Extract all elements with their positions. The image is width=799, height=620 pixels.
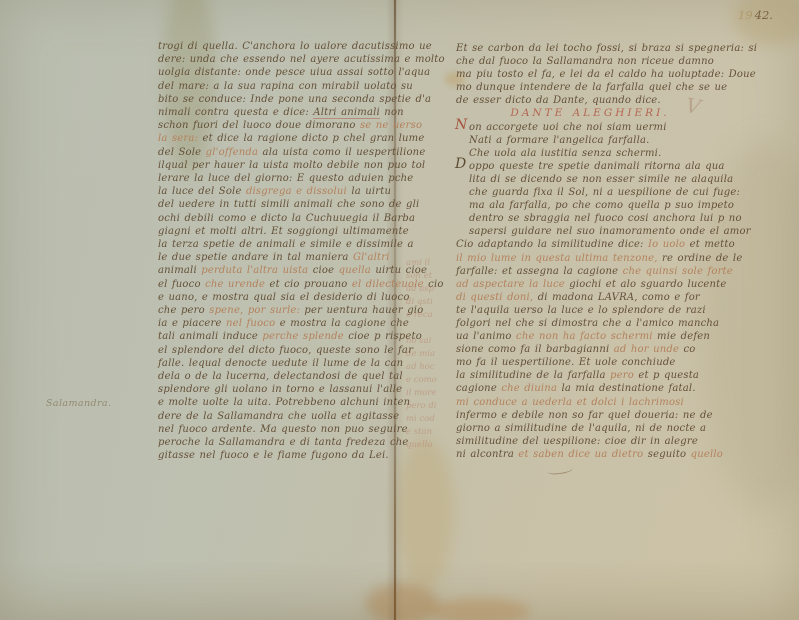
- text-line: del uedere in tutti simili animali che s…: [158, 198, 400, 211]
- text-segment: ia e piacere: [158, 318, 226, 329]
- text-line: el splendore del dicto fuoco, queste son…: [158, 344, 400, 357]
- text-line: de esser dicto da Dante, quando dice.: [456, 94, 724, 107]
- text-segment: di madona LAVRA, como e for: [533, 292, 700, 303]
- text-line: di questi doni, di madona LAVRA, como e …: [456, 291, 724, 304]
- text-segment: animali: [158, 265, 201, 276]
- text-line: ilqual per hauer la uista molto debile n…: [158, 159, 400, 172]
- text-segment: dentro se sbraggia nel fuoco cosi anchor…: [469, 213, 742, 224]
- text-segment: mo dunque intendere de la farfalla quel …: [456, 82, 727, 93]
- text-line: Nati a formare l'angelica farfalla.: [456, 134, 724, 147]
- text-segment: ilqual per hauer la uista molto debile n…: [158, 160, 425, 171]
- text-line: el fuoco che urende et cio prouano el di…: [158, 278, 400, 291]
- text-segment: e molte uolte la uita. Potrebbeno alchun…: [158, 397, 410, 408]
- text-segment: giochi et alo sguardo lucente: [565, 279, 727, 290]
- text-segment: spene, por surle:: [209, 305, 300, 316]
- text-segment: e uano, e mostra qual sia el desiderio d…: [158, 292, 410, 303]
- text-segment: la sera:: [158, 133, 198, 144]
- folio-number-area: 1942.: [738, 8, 773, 22]
- commentary-block: D oppo queste tre spetie danimali ritorn…: [456, 160, 724, 461]
- text-segment: che non ha facto schermi: [516, 331, 653, 342]
- red-marginal-gloss: no sai: [406, 336, 431, 346]
- folio-number: 42.: [755, 8, 773, 22]
- text-segment: gitasse nel fuoco e le fiame fugono da L…: [158, 450, 389, 461]
- text-segment: ma ala farfalla, po che como quella p su…: [469, 200, 734, 211]
- text-segment: dere: unda che essendo nel ayere acutiss…: [158, 54, 445, 65]
- text-line: dela o de la lucerna, delectandosi de qu…: [158, 370, 400, 383]
- text-segment: per uentura hauer gio: [300, 305, 423, 316]
- text-segment: pero: [610, 370, 634, 381]
- text-line: on accorgete uoi che noi siam uermi: [456, 121, 724, 134]
- text-segment: peroche la Sallamandra e di tanta fredez…: [158, 437, 409, 448]
- text-line: tali animali induce perche splende cioe …: [158, 330, 400, 343]
- text-segment: sione como fa il barbagianni: [456, 344, 614, 355]
- text-line: ia e piacere nel fuoco e mostra la cagio…: [158, 317, 400, 330]
- red-marginal-gloss: il more: [406, 388, 436, 398]
- text-segment: gl'offenda: [206, 147, 259, 158]
- text-segment: perche splende: [262, 331, 343, 342]
- margin-note-salamandra: Salamandra.: [46, 398, 111, 409]
- text-segment: nimali contra questa e dice:: [158, 107, 313, 118]
- text-line: le due spetie andare in tal maniera Gl'a…: [158, 251, 400, 264]
- text-line: giorno a similitudine de l'aquila, ni de…: [456, 422, 724, 435]
- text-segment: giorno a similitudine de l'aquila, ni de…: [456, 423, 706, 434]
- text-segment: lita di se dicendo se non esser simile n…: [469, 174, 733, 185]
- text-segment: schon fuori del luoco doue dimorano: [158, 120, 360, 131]
- text-segment: del uedere in tutti simili animali che s…: [158, 199, 419, 210]
- text-segment: el splendore del dicto fuoco, queste son…: [158, 345, 413, 356]
- text-segment: Che uola ala iustitia senza schermi.: [469, 148, 661, 159]
- red-marginal-gloss: quello: [406, 440, 433, 450]
- text-segment: dere de la Sallamandra che uolla et agit…: [158, 411, 399, 422]
- parchment-stain: [366, 583, 438, 620]
- text-segment: et dice la ragione dicto p chel gran lum…: [198, 133, 424, 144]
- text-segment: oppo queste tre spetie danimali ritorna …: [469, 161, 725, 172]
- text-line: giagni et molti altri. Et soggiongi ulti…: [158, 225, 400, 238]
- text-segment: ala uista como il uespertilione: [258, 147, 425, 158]
- text-segment: uolgia distante: onde pesce uiua assai s…: [158, 67, 430, 78]
- text-line: farfalle: et assegna la cagione che quin…: [456, 265, 724, 278]
- text-line: dere de la Sallamandra che uolla et agit…: [158, 410, 400, 423]
- text-line: ua l'animo che non ha facto schermi mie …: [456, 330, 724, 343]
- pen-flourish: [547, 464, 574, 476]
- right-page-intro-lines: Et se carbon da lei tocho fossi, si braz…: [456, 42, 724, 107]
- text-line: mo fa il uespertilione. Et uole conchiud…: [456, 356, 724, 369]
- text-segment: Nati a formare l'angelica farfalla.: [469, 135, 650, 146]
- text-line: falle. lequal denocte uedute il lume de …: [158, 357, 400, 370]
- red-marginal-gloss: ad hoc: [406, 362, 435, 372]
- text-line: ma ala farfalla, po che como quella p su…: [456, 199, 724, 212]
- text-line: ma piu tosto el fa, e lei da el caldo ha…: [456, 68, 724, 81]
- text-segment: ochi debili como e dicto la Cuchuuegia i…: [158, 213, 415, 224]
- text-line: lita di se dicendo se non esser simile n…: [456, 173, 724, 186]
- text-segment: che dal fuoco la Sallamandra non riceue …: [456, 56, 714, 67]
- left-page-lines: trogi di quella. C'anchora lo ualore dac…: [158, 40, 400, 463]
- text-segment: falle. lequal denocte uedute il lume de …: [158, 358, 403, 369]
- text-line: gitasse nel fuoco e le fiame fugono da L…: [158, 449, 400, 462]
- text-line: peroche la Sallamandra e di tanta fredez…: [158, 436, 400, 449]
- text-segment: seguito: [643, 449, 690, 460]
- text-line: e uano, e mostra qual sia el desiderio d…: [158, 291, 400, 304]
- dante-verse-block: N on accorgete uoi che noi siam uermiNat…: [456, 121, 724, 160]
- text-segment: quella: [339, 265, 371, 276]
- text-line: oppo queste tre spetie danimali ritorna …: [456, 160, 724, 173]
- red-marginal-gloss: e reca: [406, 310, 433, 320]
- text-line: la luce del Sole disgrega e dissolui la …: [158, 185, 400, 198]
- text-segment: che diuina: [501, 383, 557, 394]
- text-segment: dela o de la lucerna, delectandosi de qu…: [158, 371, 403, 382]
- text-segment: bito se conduce: Inde pone una seconda s…: [158, 94, 431, 105]
- text-segment: similitudine del uespilione: cioe dir in…: [456, 436, 698, 447]
- red-marginal-gloss: mi cod: [406, 414, 435, 424]
- text-segment: la uirtu: [347, 186, 391, 197]
- text-segment: nel fuoco: [226, 318, 275, 329]
- text-line: infermo e debile non so far quel doueria…: [456, 409, 724, 422]
- text-segment: che pero: [158, 305, 209, 316]
- text-segment: tali animali induce: [158, 331, 262, 342]
- red-marginal-gloss: e stan: [406, 427, 432, 437]
- text-line: te l'aquila uerso la luce e lo splendore…: [456, 304, 724, 317]
- text-segment: Et se carbon da lei tocho fossi, si braz…: [456, 43, 757, 54]
- text-segment: Io uolo: [648, 239, 685, 250]
- text-line: che guarda fixa il Sol, ni a uespilione …: [456, 186, 724, 199]
- folio-faint-mark: 19: [738, 8, 753, 22]
- text-line: similitudine del uespilione: cioe dir in…: [456, 435, 724, 448]
- text-segment: nel fuoco ardente. Ma questo non puo seg…: [158, 424, 408, 435]
- text-segment: di questi doni,: [456, 292, 533, 303]
- text-segment: ni alcontra: [456, 449, 518, 460]
- text-segment: mi conduce a uederla et dolci i lachrimo…: [456, 397, 684, 408]
- parchment-stain: [733, 0, 799, 45]
- text-line: trogi di quella. C'anchora lo ualore dac…: [158, 40, 400, 53]
- text-segment: del Sole: [158, 147, 206, 158]
- red-marginal-gloss: e como: [406, 375, 437, 385]
- text-segment: splendore gli uolano in torno e lassanui…: [158, 384, 402, 395]
- text-segment: Altri animali: [313, 107, 380, 119]
- text-line: la terza spetie de animali e simile e di…: [158, 238, 400, 251]
- text-line: lerare la luce del giorno: E questo adui…: [158, 172, 400, 185]
- text-line: dentro se sbraggia nel fuoco cosi anchor…: [456, 212, 724, 225]
- text-line: cagione che diuina la mia destinatione f…: [456, 382, 724, 395]
- text-segment: e mostra la cagione che: [275, 318, 409, 329]
- text-line: mo dunque intendere de la farfalla quel …: [456, 81, 724, 94]
- text-line: ni alcontra et saben dice ua dietro segu…: [456, 448, 724, 461]
- text-segment: el fuoco: [158, 279, 205, 290]
- text-line: animali perduta l'altra uista cioe quell…: [158, 264, 400, 277]
- text-line: schon fuori del luoco doue dimorano se n…: [158, 119, 400, 132]
- text-segment: et p questa: [634, 370, 699, 381]
- red-marginal-gloss: ami il: [406, 258, 430, 268]
- text-line: nimali contra questa e dice: Altri anima…: [158, 106, 400, 119]
- text-segment: non: [380, 107, 404, 118]
- red-marginal-gloss: pero di: [406, 401, 437, 411]
- text-segment: Cio adaptando la similitudine dice:: [456, 239, 648, 250]
- text-segment: farfalle: et assegna la cagione: [456, 266, 623, 277]
- text-line: sapersi guidare nel suo inamoramento ond…: [456, 225, 724, 238]
- text-line: bito se conduce: Inde pone una seconda s…: [158, 93, 400, 106]
- text-segment: perduta l'altra uista: [201, 265, 308, 276]
- text-line: del mare: a la sua rapina con mirabil uo…: [158, 80, 400, 93]
- text-line: sione como fa il barbagianni ad hor unde…: [456, 343, 724, 356]
- text-segment: co: [679, 344, 695, 355]
- text-segment: et metto: [685, 239, 735, 250]
- text-segment: la terza spetie de animali e simile e di…: [158, 239, 414, 250]
- red-marginal-gloss: ad asp: [406, 284, 434, 294]
- text-line: dere: unda che essendo nel ayere acutiss…: [158, 53, 400, 66]
- manuscript-photo: 1942. trogi di quella. C'anchora lo ualo…: [0, 0, 799, 620]
- text-segment: et cio prouano: [265, 279, 352, 290]
- text-line: nel fuoco ardente. Ma questo non puo seg…: [158, 423, 400, 436]
- parchment-stain: [396, 438, 454, 588]
- text-line: Cio adaptando la similitudine dice: Io u…: [456, 238, 724, 251]
- text-segment: ma piu tosto el fa, e lei da el caldo ha…: [456, 69, 756, 80]
- text-line: il mio lume in questa ultima tenzone, re…: [456, 252, 724, 265]
- parchment-stain: [430, 598, 530, 620]
- text-segment: ua l'animo: [456, 331, 516, 342]
- text-line: che pero spene, por surle: per uentura h…: [158, 304, 400, 317]
- text-segment: ad hor unde: [614, 344, 679, 355]
- text-segment: sapersi guidare nel suo inamoramento ond…: [469, 226, 751, 237]
- text-line: la sera: et dice la ragione dicto p chel…: [158, 132, 400, 145]
- text-line: mi conduce a uederla et dolci i lachrimo…: [456, 396, 724, 409]
- text-segment: lerare la luce del giorno: E questo adui…: [158, 173, 413, 184]
- text-segment: che urende: [205, 279, 265, 290]
- text-segment: trogi di quella. C'anchora lo ualore dac…: [158, 41, 432, 52]
- text-segment: on accorgete uoi che noi siam uermi: [469, 122, 667, 133]
- text-segment: il mio lume in questa ultima tenzone,: [456, 253, 658, 264]
- red-marginal-gloss: di qsti: [406, 297, 433, 307]
- text-segment: quello: [691, 449, 723, 460]
- text-segment: folgori nel che si dimostra che a l'amic…: [456, 318, 719, 329]
- text-segment: Gl'altri: [353, 252, 390, 263]
- text-line: Che uola ala iustitia senza schermi.: [456, 147, 724, 160]
- text-line: folgori nel che si dimostra che a l'amic…: [456, 317, 724, 330]
- text-segment: mie defen: [653, 331, 710, 342]
- red-marginal-gloss: de mia: [406, 349, 435, 359]
- text-segment: re ordine de le: [658, 253, 743, 264]
- left-page-text-block: trogi di quella. C'anchora lo ualore dac…: [158, 40, 400, 463]
- text-line: ad aspectare la luce giochi et alo sguar…: [456, 278, 724, 291]
- text-segment: le due spetie andare in tal maniera: [158, 252, 353, 263]
- text-segment: te l'aquila uerso la luce e lo splendore…: [456, 305, 706, 316]
- text-line: uolgia distante: onde pesce uiua assai s…: [158, 66, 400, 79]
- text-segment: la mia destinatione fatal.: [557, 383, 696, 394]
- text-segment: giagni et molti altri. Et soggiongi ulti…: [158, 226, 409, 237]
- text-segment: et saben dice ua dietro: [518, 449, 643, 460]
- text-segment: disgrega e dissolui: [246, 186, 347, 197]
- text-line: e molte uolte la uita. Potrebbeno alchun…: [158, 396, 400, 409]
- text-segment: cagione: [456, 383, 501, 394]
- text-segment: de esser dicto da Dante, quando dice.: [456, 95, 661, 106]
- text-segment: la similitudine de la farfalla: [456, 370, 610, 381]
- text-segment: del mare: a la sua rapina con mirabil uo…: [158, 81, 413, 92]
- text-segment: ad aspectare la luce: [456, 279, 565, 290]
- text-segment: se ne uerso: [360, 120, 422, 131]
- text-segment: cioe: [308, 265, 338, 276]
- text-line: Et se carbon da lei tocho fossi, si braz…: [456, 42, 724, 55]
- right-page-text-block: Et se carbon da lei tocho fossi, si braz…: [456, 42, 724, 461]
- text-line: la similitudine de la farfalla pero et p…: [456, 369, 724, 382]
- text-segment: che quinsi sole forte: [623, 266, 733, 277]
- text-line: splendore gli uolano in torno e lassanui…: [158, 383, 400, 396]
- text-line: ochi debili como e dicto la Cuchuuegia i…: [158, 212, 400, 225]
- text-segment: la luce del Sole: [158, 186, 246, 197]
- red-marginal-gloss: son et: [406, 271, 432, 281]
- text-segment: mo fa il uespertilione. Et uole conchiud…: [456, 357, 676, 368]
- text-segment: che guarda fixa il Sol, ni a uespilione …: [469, 187, 740, 198]
- text-segment: infermo e debile non so far quel doueria…: [456, 410, 713, 421]
- text-line: del Sole gl'offenda ala uista como il ue…: [158, 146, 400, 159]
- text-line: che dal fuoco la Sallamandra non riceue …: [456, 55, 724, 68]
